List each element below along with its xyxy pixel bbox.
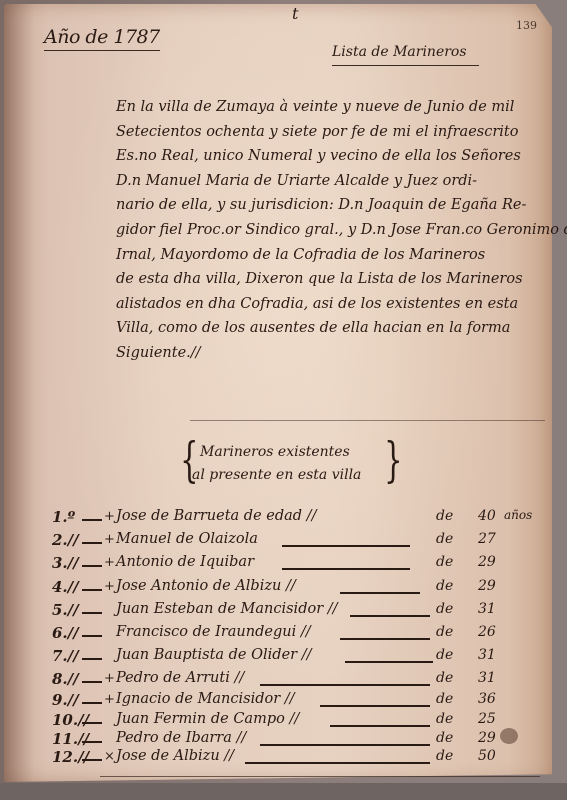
cross-mark-icon: + — [104, 532, 115, 547]
entry-number: 10.// — [52, 711, 89, 729]
sailor-name: Manuel de Olaizola — [116, 531, 258, 547]
de-label: de — [436, 554, 453, 570]
dash — [82, 741, 102, 743]
sailor-age: 29 — [478, 554, 496, 570]
de-label: de — [436, 531, 453, 547]
fill-line — [260, 684, 430, 686]
sailor-name: Jose Antonio de Albizu // — [116, 578, 296, 594]
dash — [82, 589, 102, 591]
sailor-name: Ignacio de Mancisidor // — [116, 691, 295, 707]
fill-line — [340, 638, 430, 640]
dash — [82, 542, 102, 544]
entry-number: 12.// — [52, 748, 89, 766]
body-line: gidor fiel Proc.or Sindico gral., y D.n … — [116, 218, 551, 243]
cross-mark-icon: + — [104, 555, 115, 570]
cross-mark-icon: + — [104, 579, 115, 594]
cross-mark-icon: × — [104, 749, 115, 764]
section-heading-line2: al presente en esta villa — [192, 467, 361, 483]
de-label: de — [436, 670, 453, 686]
de-label: de — [436, 508, 453, 524]
roster-row: 12.// × Jose de Albizu // de 50 — [0, 748, 567, 770]
body-paragraph: En la villa de Zumaya à veinte y nueve d… — [116, 95, 551, 366]
roster-row: 4.// + Jose Antonio de Albizu // de 29 — [0, 578, 567, 600]
sailor-age: 26 — [478, 624, 496, 640]
fill-line — [350, 615, 430, 617]
sailor-name: Antonio de Iquibar — [116, 554, 254, 570]
dash — [82, 658, 102, 660]
roster-row: 5.// Juan Esteban de Mancisidor // de 31 — [0, 601, 567, 623]
body-line: de esta dha villa, Dixeron que la Lista … — [116, 267, 551, 292]
body-line: Villa, como de los ausentes de ella haci… — [116, 316, 551, 341]
sailor-age: 25 — [478, 711, 496, 727]
de-label: de — [436, 748, 453, 764]
fill-line — [320, 705, 430, 707]
entry-number: 8.// — [52, 670, 79, 688]
fill-line — [282, 568, 410, 570]
body-line: D.n Manuel Maria de Uriarte Alcalde y Ju… — [116, 169, 551, 194]
dash — [82, 681, 102, 683]
ink-stain — [500, 728, 518, 744]
dash — [82, 519, 102, 521]
page-number: 139 — [516, 19, 537, 32]
body-line: Irnal, Mayordomo de la Cofradia de los M… — [116, 243, 551, 268]
dash — [82, 722, 102, 724]
dash — [82, 565, 102, 567]
cross-mark-icon: + — [104, 509, 115, 524]
entry-number: 6.// — [52, 624, 79, 642]
entry-number: 7.// — [52, 647, 79, 665]
sailor-name: Pedro de Arruti // — [116, 670, 244, 686]
roster-row: 8.// + Pedro de Arruti // de 31 — [0, 670, 567, 692]
sailor-age: 36 — [478, 691, 496, 707]
roster-row: 7.// Juan Bauptista de Olider // de 31 — [0, 647, 567, 669]
de-label: de — [436, 647, 453, 663]
roster-row: 2.// + Manuel de Olaizola de 27 — [0, 531, 567, 553]
right-brace: } — [384, 436, 402, 484]
sailor-name: Jose de Barrueta de edad // — [116, 508, 316, 524]
entry-number: 9.// — [52, 691, 79, 709]
entry-number: 2.// — [52, 531, 79, 549]
year-heading: Año de 1787 — [44, 26, 160, 51]
sailor-age: 27 — [478, 531, 496, 547]
de-label: de — [436, 624, 453, 640]
entry-number: 11.// — [52, 730, 89, 748]
body-line: nario de ella, y su jurisdicion: D.n Joa… — [116, 193, 551, 218]
dash — [82, 759, 102, 761]
roster-row: 1.º + Jose de Barrueta de edad // de 40 … — [0, 508, 567, 530]
body-line: En la villa de Zumaya à veinte y nueve d… — [116, 95, 551, 120]
sailor-name: Juan Fermin de Campo // — [116, 711, 299, 727]
cross-mark: t — [292, 4, 298, 23]
sailor-age: 29 — [478, 730, 496, 746]
fill-line — [260, 744, 430, 746]
de-label: de — [436, 711, 453, 727]
sailor-name: Francisco de Iraundegui // — [116, 624, 311, 640]
sailor-age: 50 — [478, 748, 496, 764]
sailor-age: 31 — [478, 670, 496, 686]
entry-number: 3.// — [52, 554, 79, 572]
dash — [82, 635, 102, 637]
roster-row: 9.// + Ignacio de Mancisidor // de 36 — [0, 691, 567, 713]
ruled-line — [190, 420, 545, 421]
de-label: de — [436, 601, 453, 617]
sailor-age: 29 — [478, 578, 496, 594]
sailor-age: 40 — [478, 508, 496, 524]
sailor-name: Jose de Albizu // — [116, 748, 234, 764]
cross-mark-icon: + — [104, 692, 115, 707]
de-label: de — [436, 730, 453, 746]
body-line: Setecientos ochenta y siete por fe de mi… — [116, 120, 551, 145]
de-label: de — [436, 691, 453, 707]
fill-line — [330, 725, 430, 727]
sailor-name: Juan Bauptista de Olider // — [116, 647, 311, 663]
age-unit: años — [504, 508, 532, 522]
sailor-name: Pedro de Ibarra // — [116, 730, 246, 746]
de-label: de — [436, 578, 453, 594]
fill-line — [282, 545, 410, 547]
body-line: Siguiente.// — [116, 341, 551, 366]
entry-number: 5.// — [52, 601, 79, 619]
entry-number: 1.º — [52, 508, 75, 526]
sailor-age: 31 — [478, 647, 496, 663]
roster-row: 6.// Francisco de Iraundegui // de 26 — [0, 624, 567, 646]
bottom-rule — [100, 776, 540, 777]
body-line: alistados en dha Cofradia, asi de los ex… — [116, 292, 551, 317]
dash — [82, 612, 102, 614]
table-surface — [0, 783, 567, 800]
fill-line — [345, 661, 433, 663]
dash — [82, 702, 102, 704]
list-title: Lista de Marineros — [332, 44, 479, 66]
section-heading-line1: Marineros existentes — [200, 444, 350, 460]
body-line: Es.no Real, unico Numeral y vecino de el… — [116, 144, 551, 169]
sailor-name: Juan Esteban de Mancisidor // — [116, 601, 338, 617]
cross-mark-icon: + — [104, 671, 115, 686]
entry-number: 4.// — [52, 578, 79, 596]
sailor-age: 31 — [478, 601, 496, 617]
roster-row: 3.// + Antonio de Iquibar de 29 — [0, 554, 567, 576]
fill-line — [245, 762, 430, 764]
fill-line — [340, 592, 420, 594]
